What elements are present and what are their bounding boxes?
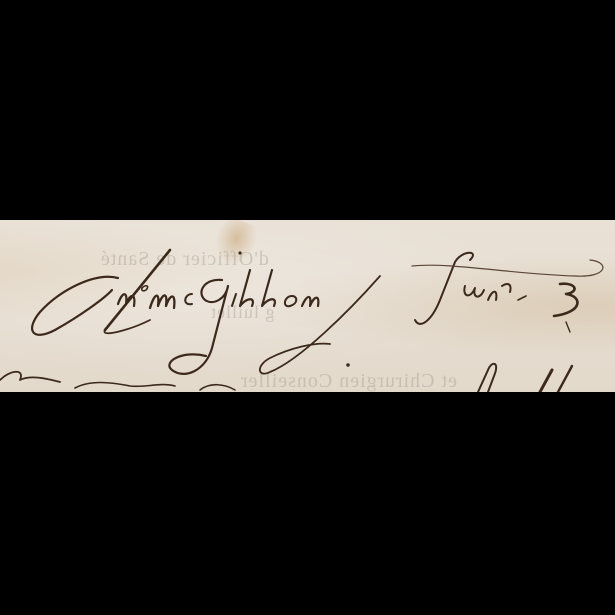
letterbox-bottom — [0, 392, 615, 615]
paper-document: d'Officier de Santé g luillet et Chirurg… — [0, 220, 615, 392]
letterbox-top — [0, 0, 615, 220]
signature-ink — [0, 220, 615, 392]
